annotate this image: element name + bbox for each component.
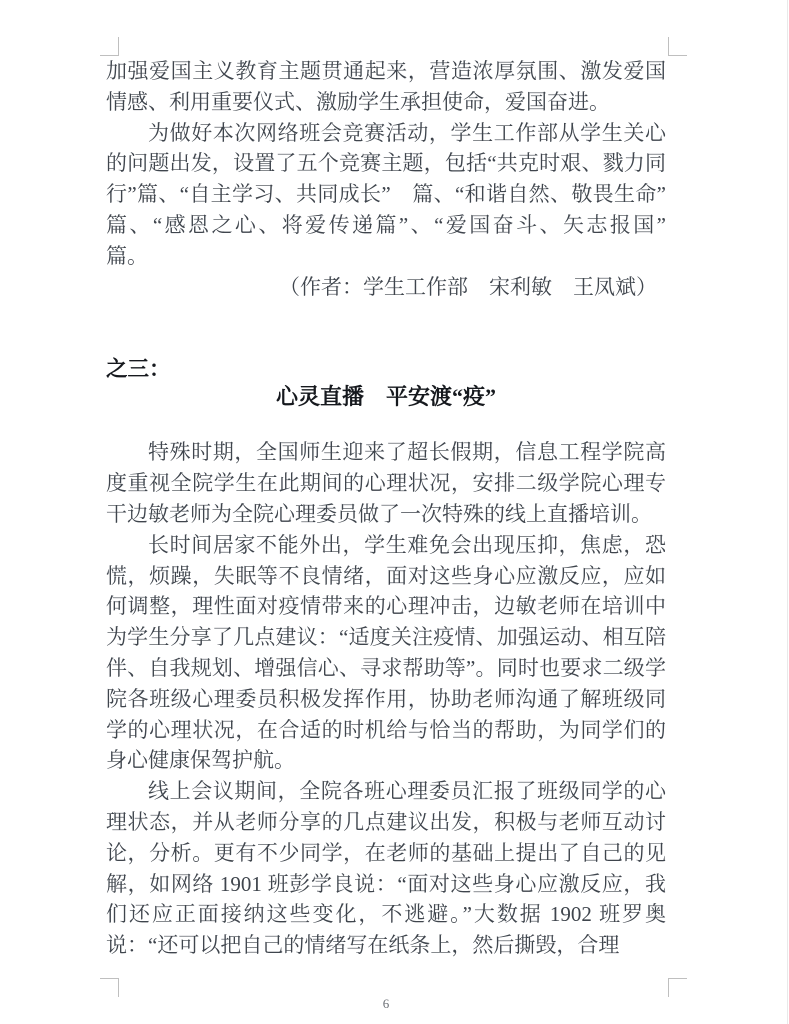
document-page: 加强爱国主义教育主题贯通起来，营造浓厚氛围、激发爱国情感、利用重要仪式、激励学生… [0, 0, 789, 1024]
crop-mark-bottom-left [100, 978, 119, 997]
crop-mark-bottom-right [668, 978, 687, 997]
paragraph-competition-themes: 为做好本次网络班会竞赛活动，学生工作部从学生关心的问题出发，设置了五个竞赛主题，… [106, 118, 666, 272]
section-label: 之三： [106, 355, 666, 383]
section-spacer [106, 302, 666, 355]
page-number: 6 [106, 996, 666, 1012]
document-text-area: 加强爱国主义教育主题贯通起来，营造浓厚氛围、激发爱国情感、利用重要仪式、激励学生… [106, 56, 666, 961]
article-title: 心灵直播 平安渡“疫” [106, 383, 666, 411]
paragraph-special-period: 特殊时期，全国师生迎来了超长假期，信息工程学院高度重视全院学生在此期间的心理状况… [106, 437, 666, 529]
paragraph-psych-advice: 长时间居家不能外出，学生难免会出现压抑，焦虑，恐慌，烦躁，失眠等不良情绪，面对这… [106, 530, 666, 776]
crop-mark-top-left [100, 37, 119, 56]
paragraph-continuation: 加强爱国主义教育主题贯通起来，营造浓厚氛围、激发爱国情感、利用重要仪式、激励学生… [106, 56, 666, 118]
crop-mark-top-right [668, 37, 687, 56]
page-edge-line [787, 0, 788, 1024]
author-credit-line: （作者：学生工作部 宋利敏 王凤斌） [106, 272, 666, 303]
title-spacer [106, 411, 666, 437]
paragraph-online-meeting: 线上会议期间，全院各班心理委员汇报了班级同学的心理状态，并从老师分享的几点建议出… [106, 776, 666, 961]
